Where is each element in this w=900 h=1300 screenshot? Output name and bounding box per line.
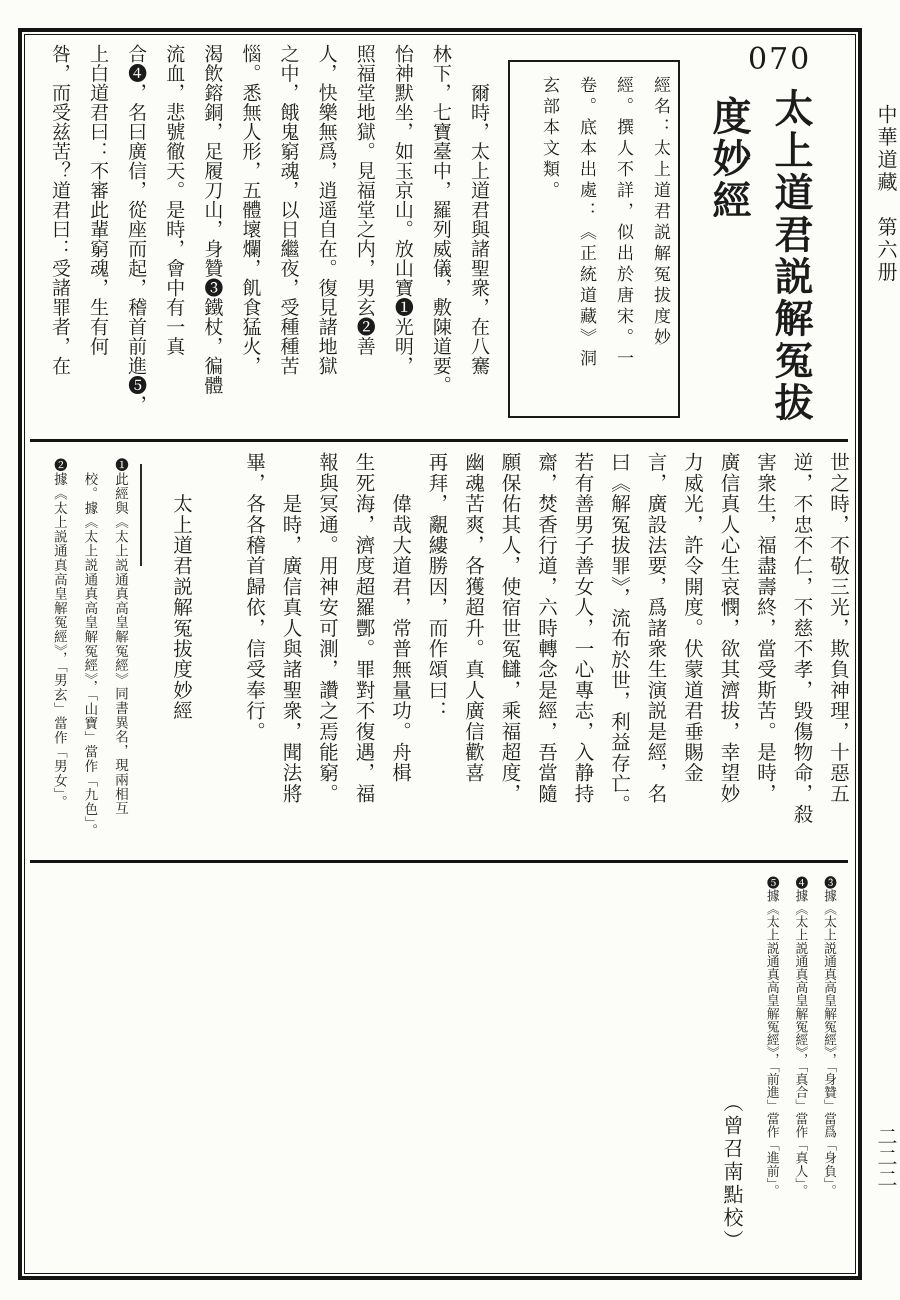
text-column: 幽魂苦爽，各獲超升。真人廣信歡喜 [447, 452, 484, 856]
text-column: 畢，各各稽首歸依，信受奉行。 [228, 452, 265, 856]
text-column: 爾時，太上道君與諸聖衆，在八騫 [450, 44, 488, 434]
footnote-column: ❹據《太上説通真高皇解冤經》，「真合」當作「真人」。 [777, 876, 806, 1221]
text-column: 廣信真人心生哀憫，欲其濟拔，幸望妙 [702, 452, 739, 856]
text-column: 惱。悉無人形，五體壞爛，飢食猛火， [221, 44, 259, 434]
closing-title-column: 太上道君説解冤拔度妙經 [155, 452, 192, 856]
text-column: 人，快樂無爲，逍遥自在。復見諸地獄 [298, 44, 336, 434]
volume-label: 中華道藏 第六册 [858, 104, 896, 319]
footnote-column: ❺據《太上説通真高皇解冤經》，「前進」當作「進前」。 [748, 876, 777, 1221]
page-number: 二二二 [862, 1126, 896, 1198]
scripture-title-line1: 太上道君説解冤拔 [764, 88, 810, 440]
abstract-column: 玄部本文類。 [520, 76, 557, 404]
footnote-column: ❸據《太上説通真高皇解冤經》，「身贊」當爲「身負」。 [805, 876, 834, 1221]
text-column: 再拜，覶縷勝因，而作頌曰： [410, 452, 447, 856]
footnote-column: ❶此經與《太上説通真高皇解冤經》同書異名，現兩相互 [95, 458, 126, 858]
text-column: 怡神默坐，如玉京山。放山寶❶光明， [374, 44, 412, 434]
scripture-title-line2: 度妙經 [702, 96, 748, 241]
text-column: 世之時，不敬三光，欺負神理，十惡五 [812, 452, 849, 856]
footnotes-block-2: ❸據《太上説通真高皇解冤經》，「身贊」當爲「身負」。 ❹據《太上説通真高皇解冤經… [748, 876, 834, 1221]
text-column: 逆，不忠不仁，不慈不孝，毁傷物命，殺 [775, 452, 812, 856]
text-column: 害衆生，福盡壽終，當受斯苦。是時， [739, 452, 776, 856]
register-divider-bottom [30, 860, 848, 863]
empty-column [191, 452, 228, 856]
document-number: 070 [748, 42, 810, 77]
text-column: 流血，悲號徹天。是時，會中有一真 [145, 44, 183, 434]
text-column: 齋，焚香行道，六時轉念是經，吾當隨 [520, 452, 557, 856]
text-column: 照福堂地獄。見福堂之内，男玄❷善 [336, 44, 374, 434]
footnotes-block-1: ❶此經與《太上説通真高皇解冤經》同書異名，現兩相互 校。據《太上説通真高皇解冤經… [34, 458, 126, 858]
verse-column: 偉哉大道君，常普無量功。舟楫 [374, 452, 411, 856]
text-column: 林下，七寶臺中，羅列威儀，敷陳道要。 [412, 44, 450, 434]
verse-column: 報與冥通。用神安可測，讚之焉能窮。 [301, 452, 338, 856]
colophon: （曾召南點校） [700, 1092, 742, 1277]
abstract-box-text: 經名：太上道君説解冤拔度妙 經。撰人不詳，似出於唐宋。一 卷。底本出處：《正統道… [520, 76, 668, 404]
text-column: 願保佑其人，使宿世冤讎，乘福超度， [483, 452, 520, 856]
abstract-column: 經名：太上道君説解冤拔度妙 [631, 76, 668, 404]
text-column: 曰《解冤拔罪》，流布於世，利益存亡。 [593, 452, 630, 856]
register-divider-top [30, 439, 848, 442]
text-column: 是時，廣信真人與諸聖衆，聞法將 [264, 452, 301, 856]
text-column: 上白道君曰：不審此輩窮魂，生有何 [69, 44, 107, 434]
text-column: 言，廣設法要，爲諸衆生演説是經，名 [629, 452, 666, 856]
abstract-column: 經。撰人不詳，似出於唐宋。一 [594, 76, 631, 404]
abstract-box: 經名：太上道君説解冤拔度妙 經。撰人不詳，似出於唐宋。一 卷。底本出處：《正統道… [508, 60, 680, 418]
text-column: 力威光，許令開度。伏蒙道君垂賜金 [666, 452, 703, 856]
scanned-book-page: 中華道藏 第六册 二二二 070 太上道君説解冤拔 度妙經 經名：太上道君説解冤… [0, 0, 900, 1300]
footnote-separator [140, 464, 142, 566]
footnote-column: 校。據《太上説通真高皇解冤經》，「山寶」當作「九色」。 [65, 458, 96, 858]
register1-body: 爾時，太上道君與諸聖衆，在八騫 林下，七寶臺中，羅列威儀，敷陳道要。 怡神默坐，… [30, 44, 488, 434]
text-column: 咎，而受兹苦？道君曰：受諸罪者，在 [31, 44, 69, 434]
text-column: 合❹，名曰廣信，從座而起，稽首前進❺， [107, 44, 145, 434]
abstract-column: 卷。底本出處：《正統道藏》洞 [557, 76, 594, 404]
footnote-column: ❷據《太上説通真高皇解冤經》，「男玄」當作「男女」。 [34, 458, 65, 858]
text-column: 渴飲鎔銅，足履刀山，身贊❸鐵杖，徧體 [183, 44, 221, 434]
text-column: 若有善男子善女人，一心專志，入静持 [556, 452, 593, 856]
register2-body: 世之時，不敬三光，欺負神理，十惡五 逆，不忠不仁，不慈不孝，毁傷物命，殺 害衆生… [154, 452, 848, 856]
text-column: 之中，餓鬼窮魂，以日繼夜，受種種苦 [259, 44, 297, 434]
verse-column: 生死海，濟度超羅酆。罪對不復遇，福 [337, 452, 374, 856]
